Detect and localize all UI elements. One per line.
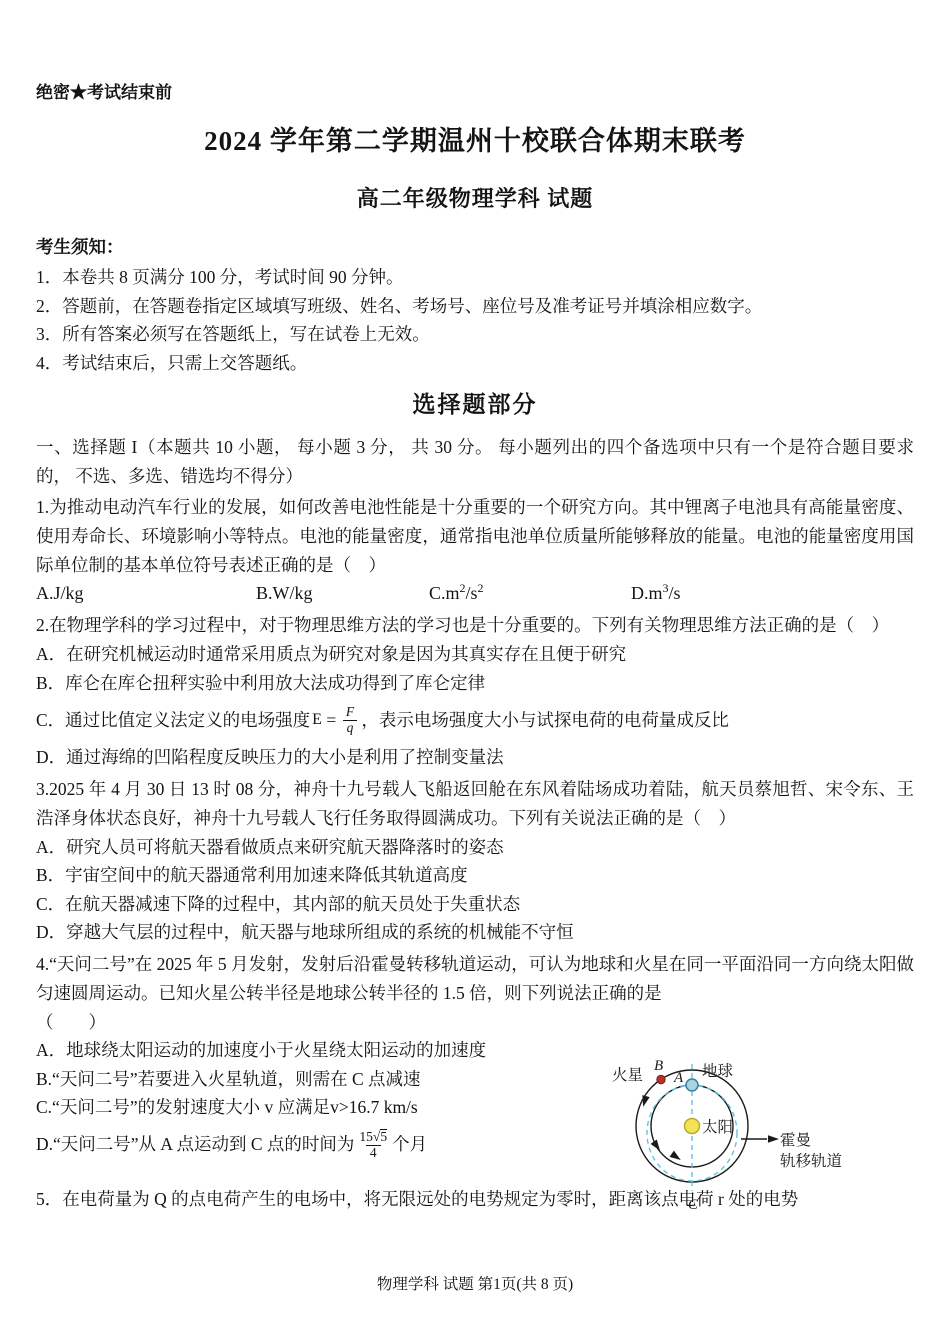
q2-option-b: B．库仑在库仑扭秤实验中利用放大法成功得到了库仑定律 bbox=[36, 669, 914, 698]
notice-item-1: 1．本卷共 8 页满分 100 分，考试时间 90 分钟。 bbox=[36, 263, 914, 292]
hohmann-label-line1: 霍曼 bbox=[780, 1131, 812, 1149]
q1-option-d: D.m3/s bbox=[631, 583, 681, 603]
page-footer: 物理学科 试题 第1页(共 8 页) bbox=[0, 1272, 950, 1294]
exam-page: 绝密★考试结束前 2024 学年第二学期温州十校联合体期末联考 高二年级物理学科… bbox=[0, 0, 950, 1343]
notice-item-3: 3．所有答案必须写在答题纸上，写在试卷上无效。 bbox=[36, 320, 914, 349]
question-1-text: 1.为推动电动汽车行业的发展，如何改善电池性能是十分重要的一个研究方向。其中锂离… bbox=[36, 493, 914, 580]
notice-heading: 考生须知： bbox=[36, 234, 914, 260]
point-b-label: B bbox=[654, 1058, 663, 1074]
hohmann-transfer-figure: 火星 B A 地球 太阳 霍曼 轨移轨道 C bbox=[604, 1048, 950, 1224]
q3-option-a: A．研究人员可将航天器看做质点来研究航天器降落时的姿态 bbox=[36, 833, 914, 862]
mars-label: 火星 bbox=[612, 1066, 643, 1084]
q3-option-c: C．在航天器减速下降的过程中，其内部的航天员处于失重状态 bbox=[36, 890, 914, 919]
mars-icon bbox=[657, 1075, 665, 1083]
q2-option-d: D．通过海绵的凹陷程度反映压力的大小是利用了控制变量法 bbox=[36, 743, 914, 772]
section-heading: 选择题部分 bbox=[0, 390, 950, 420]
exam-title: 2024 学年第二学期温州十校联合体期末联考 bbox=[0, 119, 950, 158]
notice-item-2: 2．答题前，在答题卷指定区域填写班级、姓名、考场号、座位号及准考证号并填涂相应数… bbox=[36, 292, 914, 321]
hohmann-label-arrow-icon bbox=[768, 1135, 779, 1143]
q1-option-a: A.J/kg bbox=[36, 580, 256, 606]
q3-option-d: D．穿越大气层的过程中，航天器与地球所组成的系统的机械能不守恒 bbox=[36, 918, 914, 947]
sun-label: 太阳 bbox=[702, 1118, 733, 1136]
q2-option-a: A．在研究机械运动时通常采用质点为研究对象是因为其真实存在且便于研究 bbox=[36, 640, 914, 669]
question-3-text: 3.2025 年 4 月 30 日 13 时 08 分，神舟十九号载人飞船返回舱… bbox=[36, 775, 914, 833]
section-intro: 一、选择题 I（本题共 10 小题， 每小题 3 分， 共 30 分。 每小题列… bbox=[36, 433, 914, 491]
notice-item-4: 4．考试结束后，只需上交答题纸。 bbox=[36, 349, 914, 378]
point-a-label: A bbox=[673, 1070, 684, 1086]
earth-label: 地球 bbox=[702, 1061, 734, 1080]
earth-icon bbox=[686, 1079, 698, 1091]
q2-option-c: C．通过比值定义法定义的电场强度E = Fq，表示电场强度大小与试探电荷的电荷量… bbox=[36, 697, 914, 743]
q1-option-b: B.W/kg bbox=[256, 580, 429, 606]
orbit-direction-arrow-icon bbox=[651, 1140, 664, 1153]
time-fraction: 15√54 bbox=[356, 1129, 390, 1161]
field-strength-formula: E = Fq bbox=[312, 705, 359, 736]
question-2-text: 2.在物理学科的学习过程中，对于物理思维方法的学习也是十分重要的。下列有关物理思… bbox=[36, 611, 914, 640]
hohmann-label-line2: 轨移轨道 bbox=[780, 1152, 842, 1170]
question-4-text: 4.“天问二号”在 2025 年 5 月发射，发射后沿霍曼转移轨道运动，可认为地… bbox=[36, 950, 914, 1008]
question-1-options: A.J/kgB.W/kgC.m2/s2D.m3/s bbox=[36, 580, 914, 608]
question-4-paren: （ ） bbox=[36, 1008, 914, 1037]
point-c-label: C bbox=[688, 1197, 699, 1213]
classification-banner: 绝密★考试结束前 bbox=[36, 78, 914, 103]
exam-subtitle: 高二年级物理学科 试题 bbox=[0, 182, 950, 213]
notice-list: 1．本卷共 8 页满分 100 分，考试时间 90 分钟。 2．答题前，在答题卷… bbox=[36, 263, 914, 377]
q3-option-b: B．宇宙空间中的航天器通常利用加速来降低其轨道高度 bbox=[36, 861, 914, 890]
q1-option-c: C.m2/s2 bbox=[429, 580, 631, 608]
sun-icon bbox=[685, 1119, 700, 1134]
